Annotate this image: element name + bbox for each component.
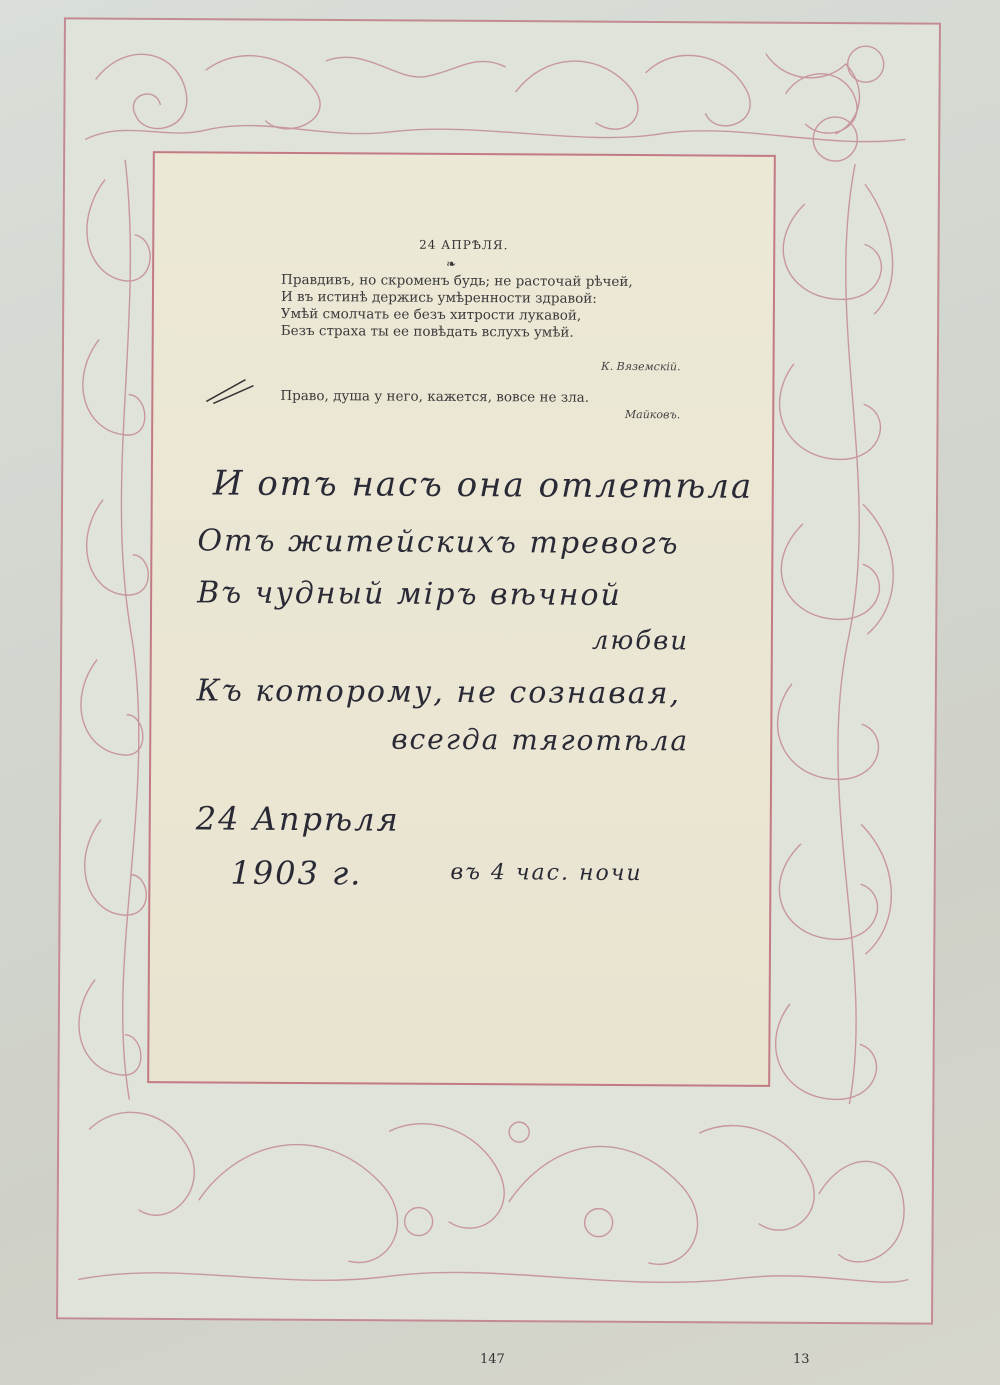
second-quote: Право, душа у него, кажется, вовсе не зл… bbox=[280, 388, 589, 406]
handwritten-line: Въ чудный міръ вѣчной bbox=[197, 575, 622, 613]
page-text-panel: 24 АПРѢЛЯ. ❧ Правдивъ, но скроменъ будь;… bbox=[147, 151, 776, 1087]
handwritten-date: 24 Апрѣля bbox=[196, 799, 400, 838]
second-quote-author: Майковъ. bbox=[625, 408, 680, 421]
verse-line: Безъ страха ты ее повѣдать вслухъ умѣй. bbox=[281, 323, 633, 342]
handwritten-line: любви bbox=[592, 626, 689, 657]
verse-block: Правдивъ, но скроменъ будь; не расточай … bbox=[281, 272, 633, 342]
date-heading: 24 АПРѢЛЯ. bbox=[154, 236, 773, 254]
handwritten-line: И отъ насъ она отлетѣла bbox=[213, 463, 754, 506]
verse-line: И въ истинѣ держись умѣренности здравой: bbox=[281, 289, 633, 308]
page-number-left: 147 bbox=[480, 1352, 505, 1367]
printed-text-block: 24 АПРѢЛЯ. ❧ Правдивъ, но скроменъ будь;… bbox=[155, 153, 774, 157]
verse-line: Правдивъ, но скроменъ будь; не расточай … bbox=[281, 272, 633, 291]
fleuron-icon: ❧ bbox=[446, 257, 456, 271]
handwritten-line: Отъ житейскихъ тревогъ bbox=[197, 523, 679, 561]
handwritten-time-note: въ 4 час. ночи bbox=[450, 860, 642, 886]
verse-author: К. Вяземскій. bbox=[601, 360, 680, 373]
verse-line: Умѣй смолчать ее безъ хитрости лукавой, bbox=[281, 306, 633, 325]
page-number-right: 13 bbox=[793, 1352, 810, 1367]
handwritten-line: Къ которому, не сознавая, bbox=[196, 673, 681, 711]
handwritten-line: всегда тяготѣла bbox=[391, 723, 689, 758]
double-slash-mark-icon bbox=[203, 375, 258, 405]
handwritten-year: 1903 г. bbox=[230, 854, 362, 893]
